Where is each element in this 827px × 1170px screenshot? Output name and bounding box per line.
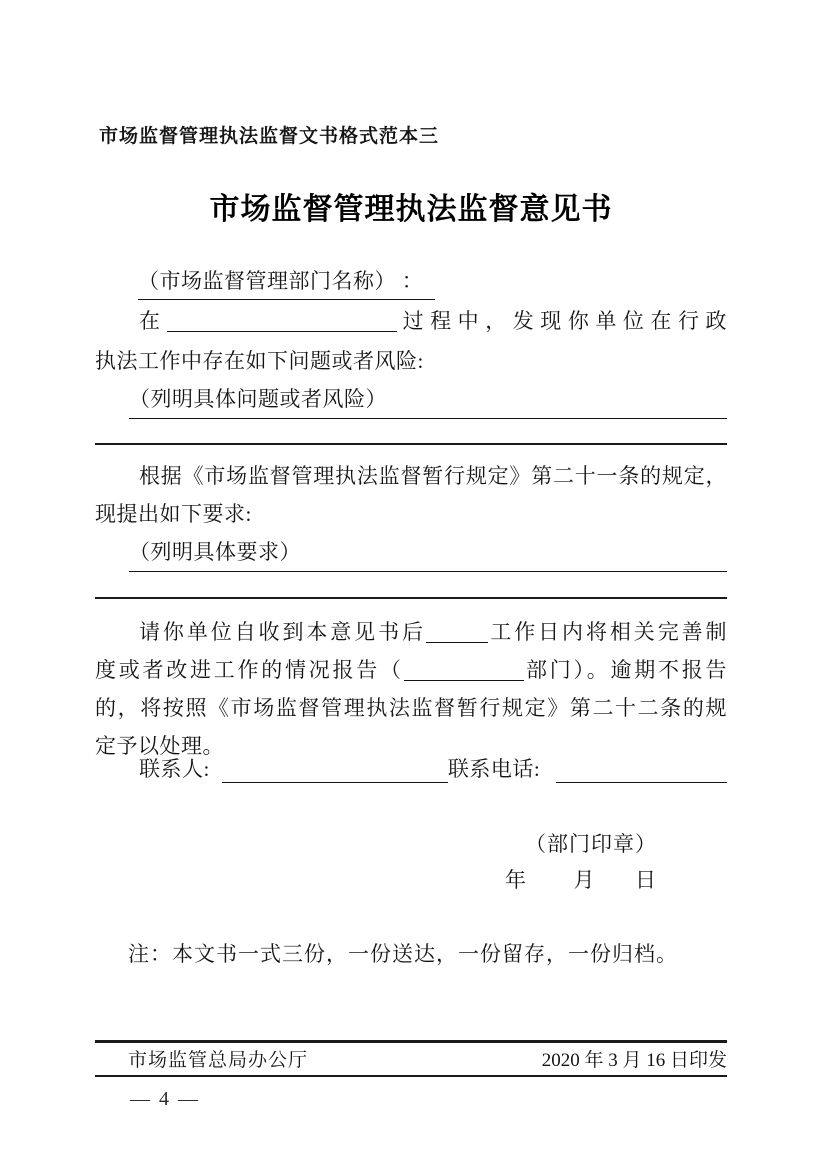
discovery-prefix: 在 [139,309,167,333]
paragraph-basis-line2: 现提出如下要求: [95,501,727,528]
deadline-line1-prefix: 请你单位自收到本意见书后 [139,620,426,644]
contact-phone-fill-in-blank [556,761,727,783]
requirements-placeholder: （列明具体要求） [129,540,301,564]
date-month-label: 月 [574,868,596,892]
process-fill-in-blank [167,310,397,332]
document-format-label: 市场监督管理执法监督文书格式范本三 [99,121,439,148]
signature-date-row: 年月日 [505,867,657,894]
working-days-fill-in-blank [426,621,488,643]
footer-rule-bottom [95,1075,727,1077]
copies-note: 注：本文书一式三份，一份送达，一份留存，一份归档。 [128,941,678,968]
paragraph-basis-line1: 根据《市场监督管理执法监督暂行规定》第二十一条的规定， [95,463,727,490]
department-seal-placeholder: （部门印章） [525,831,657,858]
page-number: — 4 — [130,1088,200,1111]
problems-placeholder: （列明具体问题或者风险） [129,387,387,411]
ruled-line-separator-2 [95,597,727,599]
deadline-line1: 请你单位自收到本意见书后工作日内将相关完善制 [95,613,727,651]
date-year-label: 年 [505,868,527,892]
ruled-line-separator-1 [95,443,727,445]
paragraph-deadline: 请你单位自收到本意见书后工作日内将相关完善制 度或者改进工作的情况报告（部门）。… [95,613,727,765]
recipient-line: （市场监督管理部门名称） ： [138,268,435,300]
recipient-name-placeholder: （市场监督管理部门名称） ： [138,269,423,293]
paragraph-discovery-line2: 执法工作中存在如下问题或者风险: [95,348,727,375]
contact-person-label: 联系人: [139,756,210,783]
footer-print-date: 2020 年 3 月 16 日印发 [542,1048,727,1074]
deadline-line3: 的，将按照《市场监督管理执法监督暂行规定》第二十二条的规 [95,689,727,727]
footer-row: 市场监管总局办公厅 2020 年 3 月 16 日印发 [95,1048,727,1074]
document-title: 市场监督管理执法监督意见书 [95,184,727,228]
department-fill-in-blank [404,659,524,681]
footer-issuer: 市场监管总局办公厅 [95,1048,308,1074]
contact-phone-label: 联系电话: [448,756,540,783]
paragraph-discovery-line1: 在过程中，发现你单位在行政 [95,308,727,335]
footer-rule-top [95,1040,727,1043]
deadline-line2: 度或者改进工作的情况报告（部门）。逾期不报告 [95,651,727,689]
deadline-line2-suffix: 部门）。逾期不报告 [524,658,727,682]
deadline-line1-suffix: 工作日内将相关完善制 [488,620,727,644]
date-day-label: 日 [635,868,657,892]
document-page: 市场监督管理执法监督文书格式范本三 市场监督管理执法监督意见书 （市场监督管理部… [0,0,827,1170]
contact-row: 联系人: 联系电话: [95,756,727,783]
contact-person-fill-in-blank [222,761,448,783]
problems-fill-in-row: （列明具体问题或者风险） [129,386,727,419]
requirements-fill-in-row: （列明具体要求） [129,539,727,572]
discovery-suffix: 过程中，发现你单位在行政 [397,309,727,333]
deadline-line2-prefix: 度或者改进工作的情况报告（ [95,658,404,682]
